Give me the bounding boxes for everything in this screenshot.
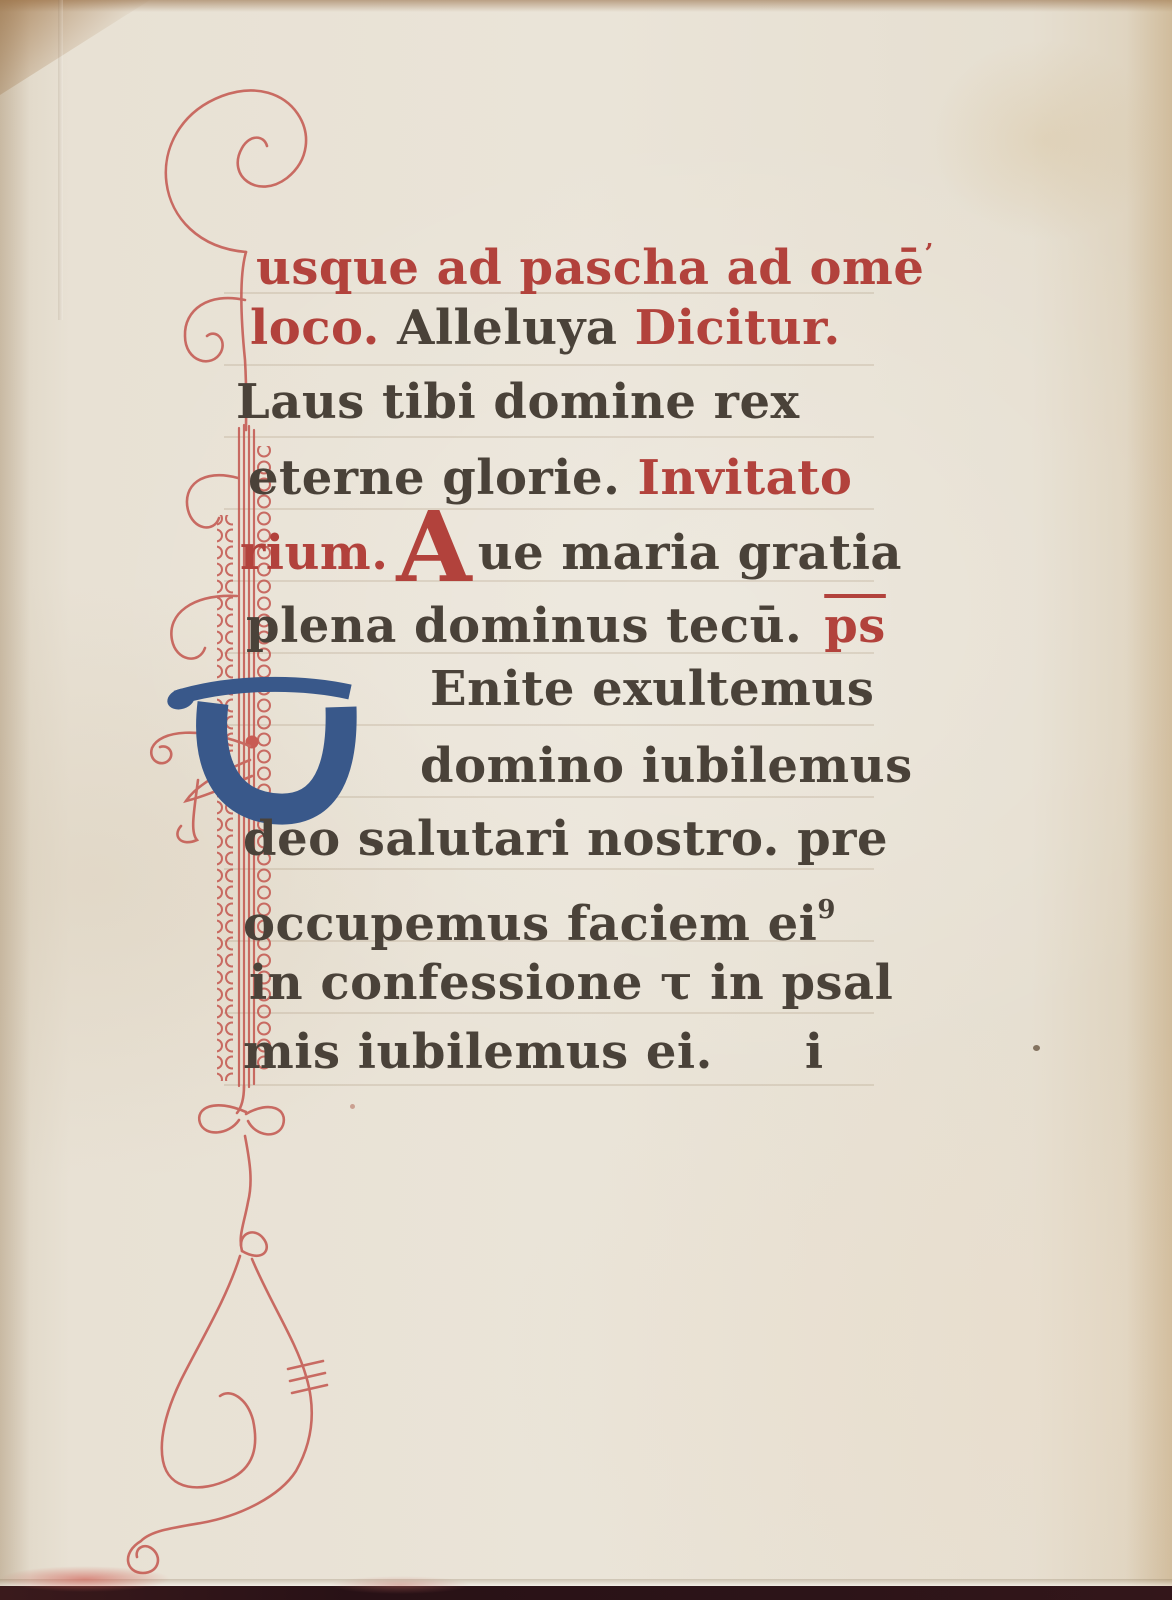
rubric-text: Dicitur. <box>635 300 841 356</box>
rubric-text: Invitato <box>637 450 852 506</box>
body-text: domino iubilemus <box>420 738 913 794</box>
body-text: plena dominus tecū. <box>246 598 802 654</box>
body-text: occupemus faciem ei <box>243 896 817 952</box>
abbreviation-mark: ’ <box>924 239 933 269</box>
manuscript-page: usque ad pascha ad omē’ loco. Alleluya D… <box>0 0 1172 1600</box>
text-line: domino iubilemus <box>420 736 913 796</box>
red-dot <box>246 736 259 749</box>
rubric-text: rium. <box>240 525 388 581</box>
text-line: Laus tibi domine rex <box>236 372 800 432</box>
text-line: loco. Alleluya Dicitur. <box>250 298 841 358</box>
text-line: deo salutari nostro. pre <box>243 809 888 869</box>
abbreviation-mark: 9 <box>817 895 835 925</box>
body-text: deo salutari nostro. pre <box>243 811 888 867</box>
text-line: rium.Aue maria gratia <box>240 523 902 583</box>
text-line: plena dominus tecū.ps <box>246 596 886 656</box>
ave-initial-A: A <box>396 490 471 604</box>
text-line: occupemus faciem ei9 <box>243 880 836 954</box>
body-text: ue maria gratia <box>478 525 902 581</box>
body-text: Laus tibi domine rex <box>236 374 800 430</box>
body-text: mis iubilemus ei. <box>243 1024 713 1080</box>
knot-motif <box>199 1086 284 1256</box>
bottom-flourish <box>128 1256 327 1573</box>
body-text: Alleluya <box>397 300 635 356</box>
text-line: mis iubilemus ei.i <box>243 1022 824 1082</box>
body-text: Enite exultemus <box>430 661 874 717</box>
line-end-mark: i <box>805 1024 824 1080</box>
rubric-text: loco. <box>250 300 397 356</box>
text-line: in confessione τ in psal <box>249 953 893 1013</box>
rubric-text: usque ad pascha ad omē <box>256 240 924 296</box>
text-line: eterne glorie. Invitato <box>248 448 852 508</box>
psalm-abbreviation: ps <box>824 598 886 654</box>
body-text: in confessione τ in psal <box>249 955 893 1011</box>
text-line: VEnite exultemus <box>430 659 874 719</box>
text-line: usque ad pascha ad omē’ <box>256 224 933 298</box>
venite-initial-letter: V <box>430 659 431 660</box>
